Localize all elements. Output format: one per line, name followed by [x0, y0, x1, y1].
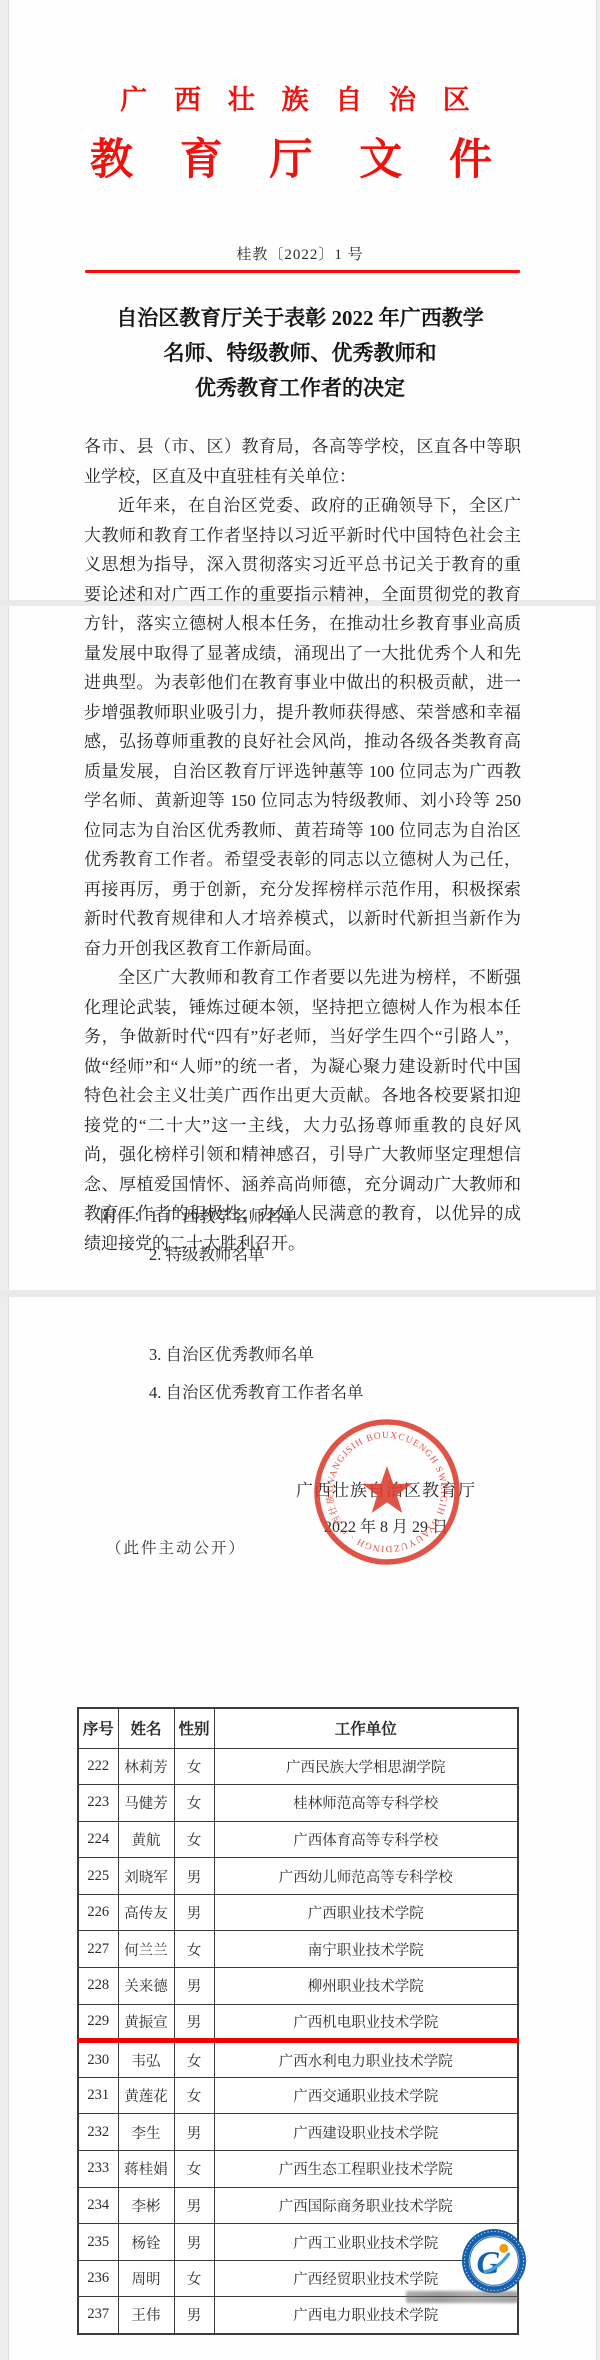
header-gender: 性别 — [174, 1708, 214, 1748]
attachments-label: 附件： — [100, 1207, 150, 1226]
cell-unit: 广西机电职业技术学院 — [214, 2004, 518, 2041]
cell-name: 韦弘 — [118, 2041, 174, 2078]
table-row: 233 蒋桂娟 女 广西生态工程职业技术学院 — [78, 2151, 518, 2188]
cell-gender: 女 — [174, 1785, 214, 1822]
cell-unit: 广西交通职业技术学院 — [214, 2077, 518, 2114]
cell-unit: 广西幼儿师范高等专科学校 — [214, 1858, 518, 1895]
cell-unit: 广西体育高等专科学校 — [214, 1821, 518, 1858]
cell-name: 杨铨 — [118, 2224, 174, 2261]
roster-table-header: 序号 姓名 性别 工作单位 — [78, 1708, 518, 1748]
cell-gender: 女 — [174, 2151, 214, 2188]
cell-seq: 234 — [78, 2187, 118, 2224]
letterhead-red-rule — [85, 270, 520, 273]
cell-unit: 广西生态工程职业技术学院 — [214, 2151, 518, 2188]
table-row: 230 韦弘 女 广西水利电力职业技术学院 — [78, 2041, 518, 2078]
cell-name: 黄振宣 — [118, 2004, 174, 2041]
body-paragraph-1: 近年来，在自治区党委、政府的正确领导下，全区广大教师和教育工作者坚持以习近平新时… — [84, 491, 521, 963]
salutation-paragraph: 各市、县（市、区）教育局，各高等学校，区直各中等职业学校，区直及中直驻桂有关单位… — [84, 432, 521, 491]
attachment-item-3: 3. 自治区优秀教师名单 — [149, 1336, 549, 1374]
cell-unit: 广西建设职业技术学院 — [214, 2114, 518, 2151]
cell-name: 马健芳 — [118, 1785, 174, 1822]
cell-name: 黄莲花 — [118, 2077, 174, 2114]
cell-unit: 广西水利电力职业技术学院 — [214, 2041, 518, 2078]
college-logo-icon: G — [461, 2228, 527, 2294]
cell-name: 高传友 — [118, 1894, 174, 1931]
document-number: 桂教〔2022〕1 号 — [0, 243, 600, 264]
attachment-line-1: 附件：1. 广西教学名师名单 — [100, 1198, 520, 1236]
cell-seq: 226 — [78, 1894, 118, 1931]
cell-gender: 女 — [174, 1748, 214, 1785]
cell-name: 黄航 — [118, 1821, 174, 1858]
roster-table-body: 222 林莉芳 女 广西民族大学相思湖学院 223 马健芳 女 桂林师范高等专科… — [78, 1748, 518, 2334]
letterhead-office-line: 教 育 厅 文 件 — [0, 126, 600, 187]
cell-name: 何兰兰 — [118, 1931, 174, 1968]
table-row: 231 黄莲花 女 广西交通职业技术学院 — [78, 2077, 518, 2114]
cell-gender: 女 — [174, 2041, 214, 2078]
table-row: 226 高传友 男 广西职业技术学院 — [78, 1894, 518, 1931]
table-row: 234 李彬 男 广西国际商务职业技术学院 — [78, 2187, 518, 2224]
header-row: 序号 姓名 性别 工作单位 — [78, 1708, 518, 1748]
cell-gender: 男 — [174, 1858, 214, 1895]
cell-name: 关来德 — [118, 1968, 174, 2005]
public-disclosure-note: （此件主动公开） — [106, 1536, 246, 1558]
table-row: 235 杨铨 男 广西工业职业技术学院 — [78, 2224, 518, 2261]
table-row: 228 关来德 男 柳州职业技术学院 — [78, 1968, 518, 2005]
cell-unit: 柳州职业技术学院 — [214, 1968, 518, 2005]
cell-gender: 男 — [174, 2187, 214, 2224]
cell-name: 周明 — [118, 2260, 174, 2297]
svg-text:G: G — [477, 2246, 501, 2282]
document-canvas: 广 西 壮 族 自 治 区 教 育 厅 文 件 桂教〔2022〕1 号 自治区教… — [0, 0, 600, 2360]
cell-name: 林莉芳 — [118, 1748, 174, 1785]
attachment-item-2: 2. 特级教师名单 — [149, 1236, 520, 1274]
cell-seq: 236 — [78, 2260, 118, 2297]
cell-unit: 桂林师范高等专科学校 — [214, 1785, 518, 1822]
table-row: 222 林莉芳 女 广西民族大学相思湖学院 — [78, 1748, 518, 1785]
cell-gender: 男 — [174, 2114, 214, 2151]
cell-seq: 231 — [78, 2077, 118, 2114]
cell-gender: 女 — [174, 2260, 214, 2297]
watermark-text — [406, 2291, 518, 2303]
cell-gender: 女 — [174, 1931, 214, 1968]
table-row: 224 黄航 女 广西体育高等专科学校 — [78, 1821, 518, 1858]
cell-seq: 223 — [78, 1785, 118, 1822]
cell-seq: 227 — [78, 1931, 118, 1968]
letterhead-region-line: 广 西 壮 族 自 治 区 — [0, 78, 600, 117]
cell-seq: 235 — [78, 2224, 118, 2261]
attachment-item-1: 1. 广西教学名师名单 — [150, 1207, 299, 1226]
cell-name: 王伟 — [118, 2297, 174, 2334]
title-line-1: 自治区教育厅关于表彰 2022 年广西教学 — [40, 301, 560, 336]
cell-gender: 男 — [174, 2224, 214, 2261]
document-title: 自治区教育厅关于表彰 2022 年广西教学 名师、特级教师、优秀教师和 优秀教育… — [40, 301, 560, 406]
table-row: 232 李生 男 广西建设职业技术学院 — [78, 2114, 518, 2151]
cell-seq: 232 — [78, 2114, 118, 2151]
cell-seq: 237 — [78, 2297, 118, 2334]
cell-seq: 222 — [78, 1748, 118, 1785]
title-line-2: 名师、特级教师、优秀教师和 — [40, 336, 560, 371]
document-body: 各市、县（市、区）教育局，各高等学校，区直各中等职业学校，区直及中直驻桂有关单位… — [84, 432, 521, 1258]
table-row: 227 何兰兰 女 南宁职业技术学院 — [78, 1931, 518, 1968]
cell-name: 刘晓军 — [118, 1858, 174, 1895]
cell-seq: 233 — [78, 2151, 118, 2188]
cell-unit: 南宁职业技术学院 — [214, 1931, 518, 1968]
official-seal: GVANGJSIH BOUXCUENGH SWCIGIH GYAUYUZDING… — [311, 1413, 463, 1571]
header-name: 姓名 — [118, 1708, 174, 1748]
cell-gender: 女 — [174, 2077, 214, 2114]
cell-gender: 男 — [174, 2004, 214, 2041]
cell-gender: 女 — [174, 1821, 214, 1858]
cell-seq: 228 — [78, 1968, 118, 2005]
title-line-3: 优秀教育工作者的决定 — [40, 371, 560, 406]
seal-star-icon — [362, 1466, 411, 1513]
cell-name: 蒋桂娟 — [118, 2151, 174, 2188]
cell-unit: 广西国际商务职业技术学院 — [214, 2187, 518, 2224]
cell-seq: 229 — [78, 2004, 118, 2041]
table-row: 229 黄振宣 男 广西机电职业技术学院 — [78, 2004, 518, 2041]
table-row: 223 马健芳 女 桂林师范高等专科学校 — [78, 1785, 518, 1822]
cell-gender: 男 — [174, 1968, 214, 2005]
attachment-item-4: 4. 自治区优秀教育工作者名单 — [149, 1374, 549, 1412]
cell-name: 李彬 — [118, 2187, 174, 2224]
cell-seq: 224 — [78, 1821, 118, 1858]
cell-gender: 男 — [174, 2297, 214, 2334]
cell-gender: 男 — [174, 1894, 214, 1931]
teacher-roster-table: 序号 姓名 性别 工作单位 222 林莉芳 女 广西民族大学相思湖学院 223 … — [77, 1707, 519, 2335]
cell-seq: 225 — [78, 1858, 118, 1895]
header-unit: 工作单位 — [214, 1708, 518, 1748]
cell-unit: 广西民族大学相思湖学院 — [214, 1748, 518, 1785]
attachments-group-1: 附件：1. 广西教学名师名单 2. 特级教师名单 — [100, 1198, 520, 1274]
attachments-group-2: 3. 自治区优秀教师名单 4. 自治区优秀教育工作者名单 — [149, 1336, 549, 1412]
page-break-divider — [0, 1290, 600, 1297]
header-seq: 序号 — [78, 1708, 118, 1748]
table-row: 225 刘晓军 男 广西幼儿师范高等专科学校 — [78, 1858, 518, 1895]
cell-name: 李生 — [118, 2114, 174, 2151]
cell-seq: 230 — [78, 2041, 118, 2078]
cell-unit: 广西职业技术学院 — [214, 1894, 518, 1931]
